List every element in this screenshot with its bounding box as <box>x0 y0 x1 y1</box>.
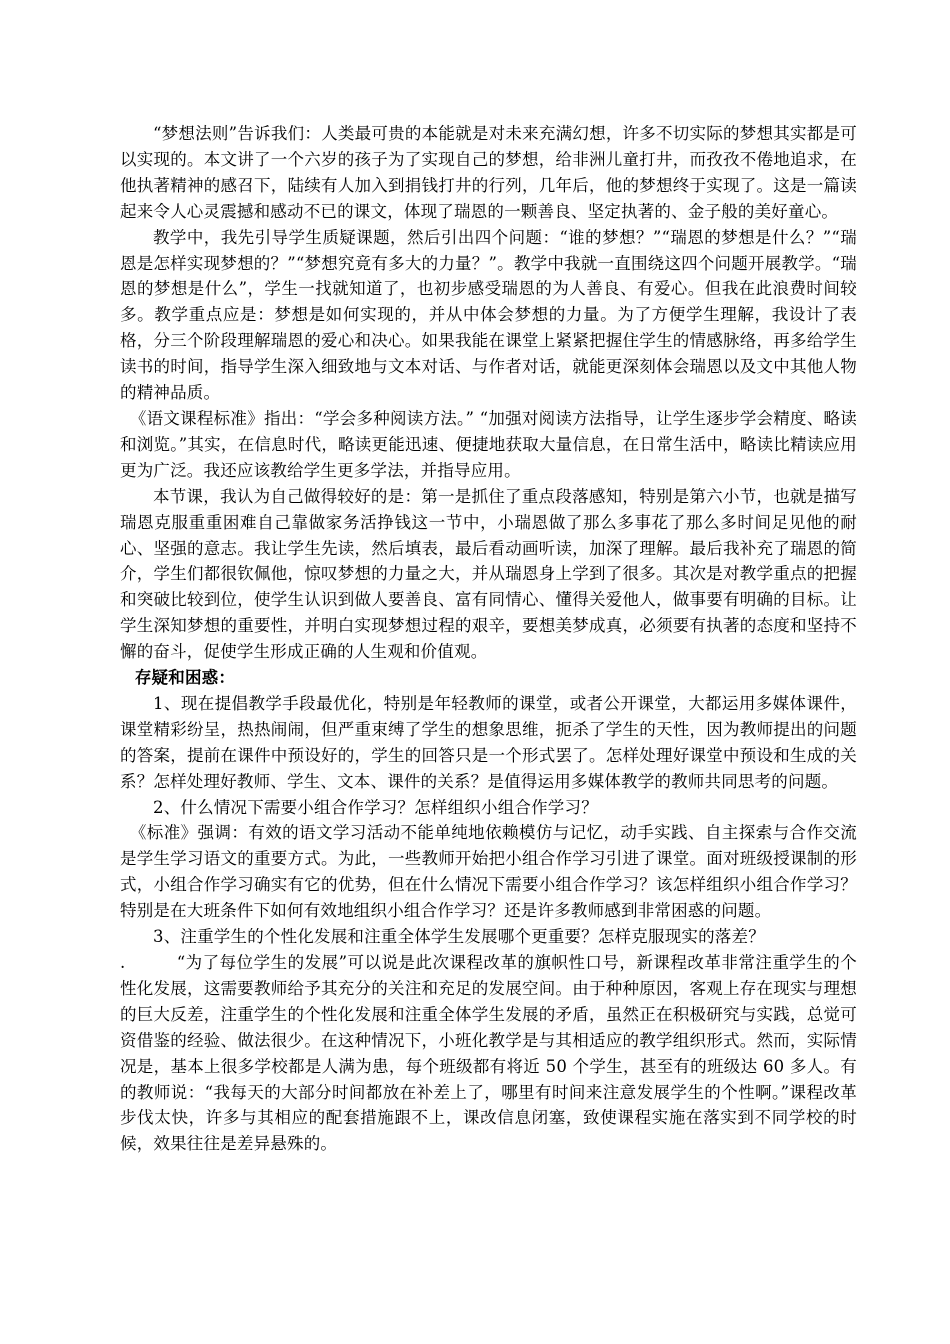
paragraph-standard-emphasis: 《标准》强调：有效的语文学习活动不能单纯地依赖模仿与记忆，动手实践、自主探索与合… <box>120 820 857 924</box>
document-body: “梦想法则”告诉我们：人类最可贵的本能就是对未来充满幻想，许多不切实际的梦想其实… <box>120 121 857 1157</box>
paragraph-self-evaluation: 本节课，我认为自己做得较好的是：第一是抓住了重点段落感知，特别是第六小节，也就是… <box>120 484 857 665</box>
paragraph-development-discussion: . “为了每位学生的发展”可以说是此次课程改革的旗帜性口号，新课程改革非常注重学… <box>120 950 857 1157</box>
paragraph-question-3: 3、注重学生的个性化发展和注重全体学生发展哪个更重要？怎样克服现实的落差？ <box>120 924 857 950</box>
paragraph-intro: “梦想法则”告诉我们：人类最可贵的本能就是对未来充满幻想，许多不切实际的梦想其实… <box>120 121 857 225</box>
paragraph-teaching-process: 教学中，我先引导学生质疑课题，然后引出四个问题：“谁的梦想？”“瑞恩的梦想是什么… <box>120 225 857 406</box>
document-page: “梦想法则”告诉我们：人类最可贵的本能就是对未来充满幻想，许多不切实际的梦想其实… <box>0 0 950 1344</box>
paragraph-curriculum-standard: 《语文课程标准》指出：“学会多种阅读方法。” “加强对阅读方法指导，让学生逐步学… <box>120 406 857 484</box>
section-heading-doubts: 存疑和困惑： <box>120 665 857 691</box>
paragraph-question-1: 1、现在提倡教学手段最优化，特别是年轻教师的课堂，或者公开课堂，大都运用多媒体课… <box>120 691 857 795</box>
paragraph-question-2: 2、什么情况下需要小组合作学习？怎样组织小组合作学习？ <box>120 795 857 821</box>
